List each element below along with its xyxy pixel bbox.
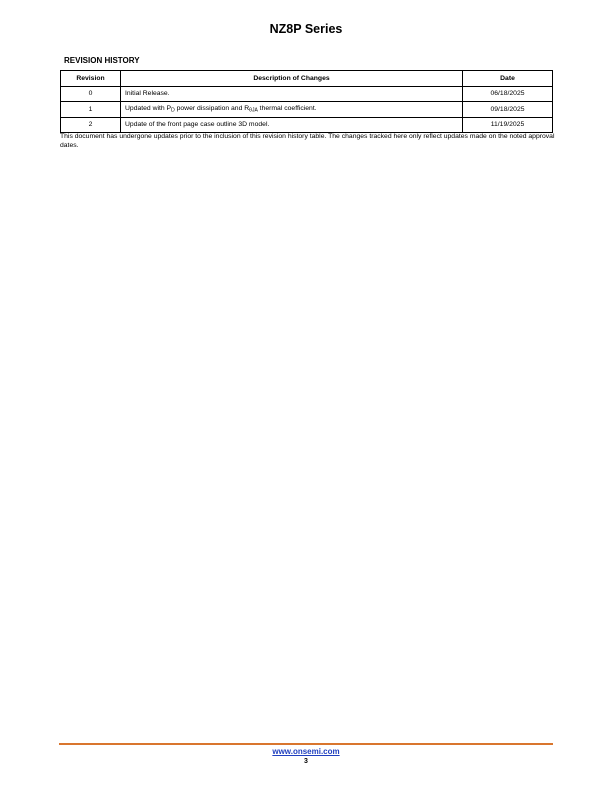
table-row: 1 Updated with PD power dissipation and … [61,102,553,118]
revision-note: This document has undergone updates prio… [60,133,555,150]
table-row: 2 Update of the front page case outline … [61,117,553,133]
subscript: θJA [249,108,258,114]
section-title: REVISION HISTORY [64,56,140,65]
date-cell: 06/18/2025 [463,86,553,102]
revision-cell: 0 [61,86,121,102]
table-header-row: Revision Description of Changes Date [61,71,553,87]
revision-cell: 2 [61,117,121,133]
column-header-revision: Revision [61,71,121,87]
date-cell: 09/18/2025 [463,102,553,118]
description-cell: Initial Release. [121,86,463,102]
revision-cell: 1 [61,102,121,118]
footer-link-container: www.onsemi.com [0,747,612,756]
column-header-description: Description of Changes [121,71,463,87]
description-cell: Updated with PD power dissipation and Rθ… [121,102,463,118]
description-text: thermal coefficient. [258,105,317,112]
description-cell: Update of the front page case outline 3D… [121,117,463,133]
footer-divider [59,743,553,745]
description-text: Updated with P [125,105,171,112]
column-header-date: Date [463,71,553,87]
page-number: 3 [0,758,612,765]
page-title: NZ8P Series [0,22,612,36]
date-cell: 11/19/2025 [463,117,553,133]
website-link[interactable]: www.onsemi.com [272,747,339,756]
revision-history-table: Revision Description of Changes Date 0 I… [60,70,553,133]
table-row: 0 Initial Release. 06/18/2025 [61,86,553,102]
description-text: power dissipation and R [175,105,249,112]
